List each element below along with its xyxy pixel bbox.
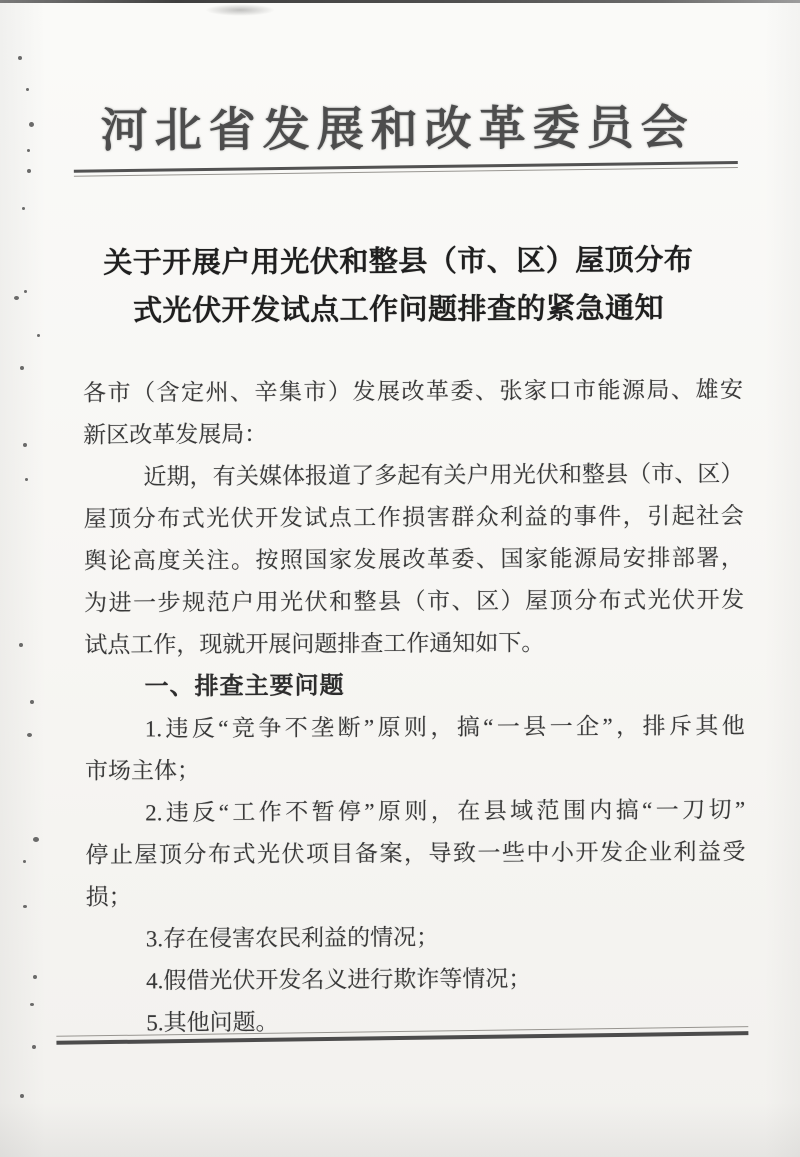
scan-speck — [23, 443, 27, 447]
section-heading: 一、排查主要问题 — [84, 663, 744, 708]
body-line: 舆论高度关注。按照国家发展改革委、国家能源局安排部署， — [84, 537, 744, 582]
scan-speck — [27, 149, 30, 152]
scan-speck — [23, 905, 27, 908]
scan-speck — [24, 290, 27, 293]
scan-speck — [33, 837, 39, 842]
scan-speck — [18, 56, 22, 60]
scan-speck — [30, 1003, 34, 1006]
body-line: 近期，有关媒体报道了多起有关户用光伏和整县（市、区） — [83, 453, 743, 498]
scan-speck — [30, 700, 34, 704]
body-line-recipients-2: 新区改革发展局： — [83, 411, 743, 456]
scan-speck — [23, 860, 26, 863]
body-line: 为进一步规范户用光伏和整县（市、区）屋顶分布式光伏开发 — [84, 579, 744, 624]
scanned-document-page: 河北省发展和改革委员会 关于开展户用光伏和整县（市、区）屋顶分布 式光伏开发试点… — [0, 0, 800, 1157]
scan-speck — [37, 334, 40, 337]
body-line-item-3: 3.存在侵害农民利益的情况； — [86, 915, 746, 960]
scan-speck — [27, 169, 31, 173]
scan-speck — [32, 1045, 36, 1049]
scan-speck — [22, 207, 25, 210]
document-body: 各市（含定州、辛集市）发展改革委、张家口市能源局、雄安 新区改革发展局： 近期，… — [83, 369, 747, 1044]
scan-speck — [20, 366, 24, 370]
body-line-item-4: 4.假借光伏开发名义进行欺诈等情况； — [86, 957, 746, 1002]
letterhead-title: 河北省发展和改革委员会 — [0, 90, 798, 161]
scan-speck — [20, 1094, 24, 1098]
document-title: 关于开展户用光伏和整县（市、区）屋顶分布 式光伏开发试点工作问题排查的紧急通知 — [0, 236, 799, 336]
body-line-item-2-cont: 损； — [86, 873, 746, 918]
body-line-item-2: 2.违反“工作不暂停”原则，在县域范围内搞“一刀切” — [85, 789, 745, 834]
letterhead-divider — [74, 161, 738, 177]
body-line-item-1-cont: 市场主体； — [85, 747, 745, 792]
body-line-recipients-1: 各市（含定州、辛集市）发展改革委、张家口市能源局、雄安 — [83, 369, 743, 414]
scan-speck — [29, 122, 34, 127]
document-content: 河北省发展和改革委员会 关于开展户用光伏和整县（市、区）屋顶分布 式光伏开发试点… — [0, 0, 800, 1157]
scan-speck — [19, 643, 23, 647]
scan-speck — [27, 733, 32, 737]
scan-speck — [33, 975, 37, 979]
document-title-line-1: 关于开展户用光伏和整县（市、区）屋顶分布 — [0, 236, 798, 288]
scan-speck — [25, 478, 28, 481]
document-title-line-2: 式光伏开发试点工作问题排查的紧急通知 — [0, 284, 799, 336]
scan-speck — [14, 296, 19, 300]
body-line-item-1: 1.违反“竞争不垄断”原则，搞“一县一企”，排斥其他 — [85, 705, 745, 750]
scan-speck — [26, 88, 29, 91]
body-line: 试点工作，现就开展问题排查工作通知如下。 — [84, 621, 744, 666]
body-line-item-2-cont: 停止屋顶分布式光伏项目备案，导致一些中小开发企业利益受 — [85, 831, 745, 876]
body-line: 屋顶分布式光伏开发试点工作损害群众利益的事件，引起社会 — [84, 495, 744, 540]
